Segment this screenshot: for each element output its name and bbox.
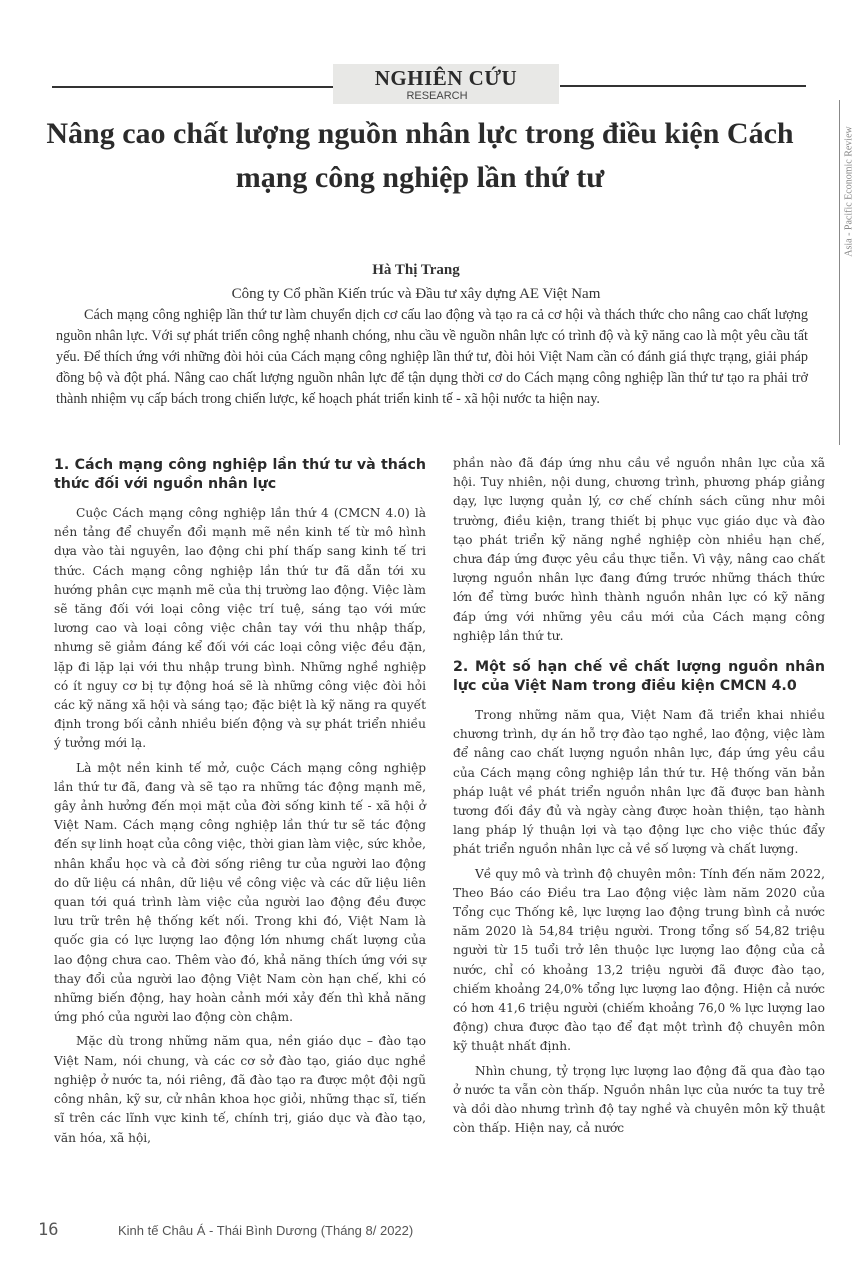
right-column: phần nào đã đáp ứng nhu cầu về nguồn nhâ…	[453, 454, 825, 1144]
body-paragraph: Trong những năm qua, Việt Nam đã triển k…	[453, 706, 825, 860]
section-title: NGHIÊN CỨU	[333, 64, 559, 90]
section-tag: NGHIÊN CỨU RESEARCH	[333, 64, 559, 104]
section-heading-1: 1. Cách mạng công nghiệp lần thứ tư và t…	[54, 456, 426, 494]
article-title: Nâng cao chất lượng nguồn nhân lực trong…	[30, 112, 810, 200]
body-paragraph: Mặc dù trong những năm qua, nền giáo dục…	[54, 1032, 426, 1147]
body-paragraph: Về quy mô và trình độ chuyên môn: Tính đ…	[453, 865, 825, 1057]
body-paragraph: Cuộc Cách mạng công nghiệp lần thứ 4 (CM…	[54, 504, 426, 754]
header-rule-left	[52, 86, 337, 88]
body-paragraph: Là một nền kinh tế mở, cuộc Cách mạng cô…	[54, 759, 426, 1028]
section-subtitle: RESEARCH	[315, 90, 559, 102]
section-header: NGHIÊN CỨU RESEARCH	[0, 52, 868, 104]
left-column: 1. Cách mạng công nghiệp lần thứ tư và t…	[54, 456, 426, 1153]
side-label-text: Asia - Pacific Economic Review	[844, 97, 855, 287]
section-heading-2: 2. Một số hạn chế về chất lượng nguồn nh…	[453, 658, 825, 696]
page-number: 16	[38, 1220, 58, 1240]
body-paragraph: Nhìn chung, tỷ trọng lực lượng lao động …	[453, 1062, 825, 1139]
header-rule-right	[560, 85, 806, 87]
page-footer: 16 Kinh tế Châu Á - Thái Bình Dương (Thá…	[38, 1220, 538, 1244]
author-affiliation: Công ty Cổ phần Kiến trúc và Đầu tư xây …	[0, 286, 850, 303]
article-author: Hà Thị Trang	[0, 262, 850, 279]
article-abstract: Cách mạng công nghiệp lần thứ tư làm chu…	[56, 305, 808, 410]
journal-citation: Kinh tế Châu Á - Thái Bình Dương (Tháng …	[118, 1223, 413, 1238]
body-paragraph-continued: phần nào đã đáp ứng nhu cầu về nguồn nhâ…	[453, 454, 825, 646]
